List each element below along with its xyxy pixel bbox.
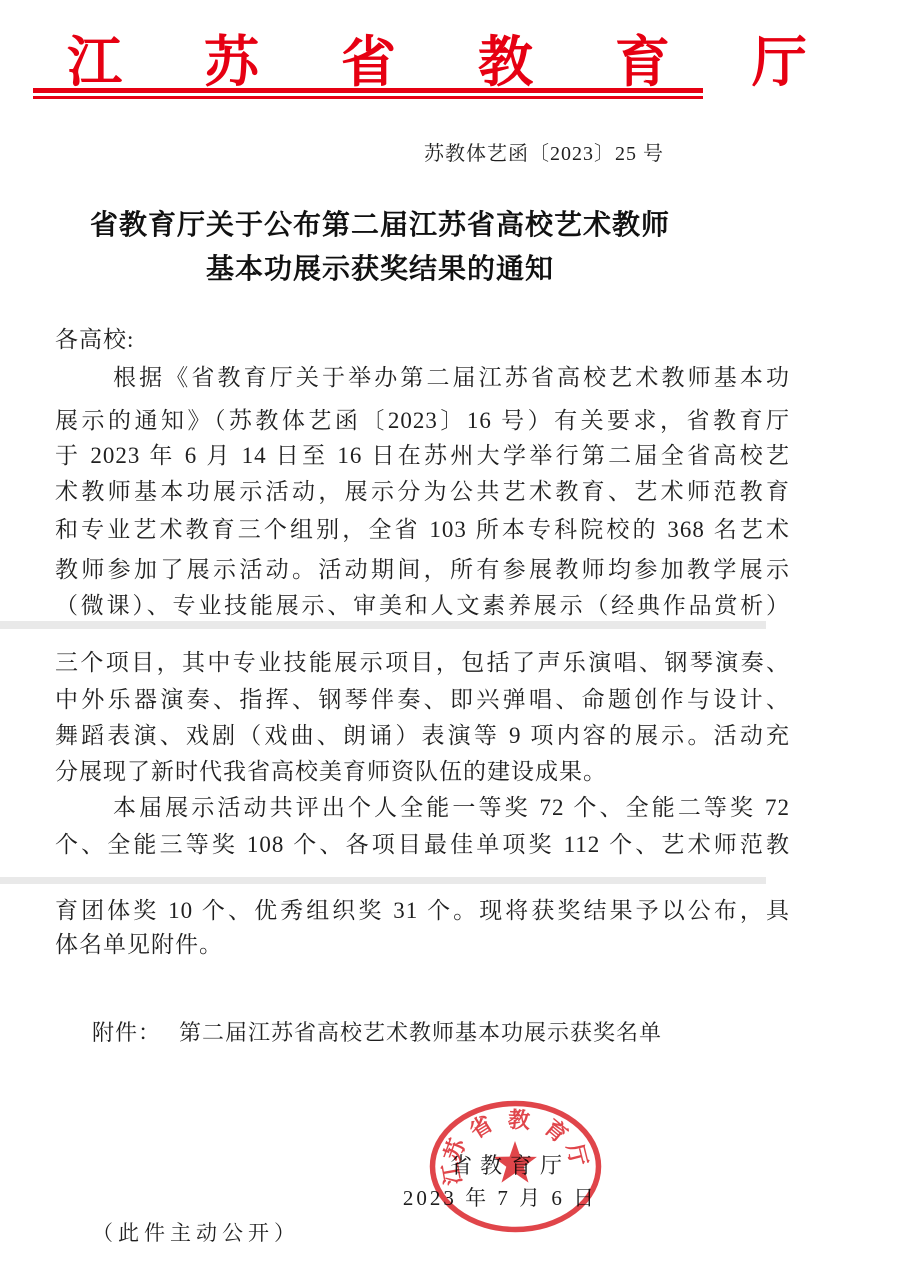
attachment-label: 附件： <box>92 1020 161 1045</box>
body-line: 本届展示活动共评出个人全能一等奖 72 个、全能二等奖 72 <box>55 794 790 822</box>
body-line: 体名单见附件。 <box>55 931 790 959</box>
document-number: 苏教体艺函〔2023〕25 号 <box>424 137 664 166</box>
page-break-band <box>0 621 766 629</box>
seal-char: 教 <box>507 1107 532 1134</box>
letterhead-agency-name: 江 苏 省 教 育 厅 <box>33 18 703 97</box>
attachment-line: 附件：第二届江苏省高校艺术教师基本功展示获奖名单 <box>92 1016 662 1047</box>
seal-char: 苏 <box>439 1134 470 1164</box>
disclosure-note: （此件主动公开） <box>92 1217 300 1247</box>
body-line: 教师参加了展示活动。活动期间，所有参展教师均参加教学展示 <box>55 556 790 584</box>
seal-char: 厅 <box>562 1141 592 1168</box>
document-page: 江 苏 省 教 育 厅 苏教体艺函〔2023〕25 号 省教育厅关于公布第二届江… <box>0 0 901 1262</box>
body-line: 和专业艺术教育三个组别，全省 103 所本专科院校的 368 名艺术 <box>55 516 790 544</box>
seal-star-icon <box>493 1141 537 1183</box>
body-line: 个、全能三等奖 108 个、各项目最佳单项奖 112 个、艺术师范教 <box>55 831 790 859</box>
salutation: 各高校: <box>55 326 790 354</box>
body-line: 根据《省教育厅关于举办第二届江苏省高校艺术教师基本功 <box>55 364 790 392</box>
body-line: 于 2023 年 6 月 14 日至 16 日在苏州大学举行第二届全省高校艺 <box>55 442 790 470</box>
page-break-band <box>0 877 766 884</box>
body-line: 分展现了新时代我省高校美育师资队伍的建设成果。 <box>55 758 790 786</box>
attachment-text: 第二届江苏省高校艺术教师基本功展示获奖名单 <box>179 1020 662 1045</box>
document-title-line2: 基本功展示获奖结果的通知 <box>30 247 730 287</box>
document-title-line1: 省教育厅关于公布第二届江苏省高校艺术教师 <box>30 203 730 243</box>
letterhead-rule-thick <box>33 88 703 93</box>
body-line: 展示的通知》（苏教体艺函〔2023〕16 号）有关要求，省教育厅 <box>55 407 790 435</box>
body-line: 育团体奖 10 个、优秀组织奖 31 个。现将获奖结果予以公布，具 <box>55 897 790 925</box>
body-line: 舞蹈表演、戏剧（戏曲、朗诵）表演等 9 项内容的展示。活动充 <box>55 722 790 750</box>
official-seal-stamp: 江 苏 省 教 育 厅 <box>418 1088 612 1254</box>
letterhead-rule-thin <box>33 96 703 99</box>
body-line: 中外乐器演奏、指挥、钢琴伴奏、即兴弹唱、命题创作与设计、 <box>55 686 790 714</box>
body-line: （微课）、专业技能展示、审美和人文素养展示（经典作品赏析） <box>55 592 790 620</box>
body-line: 三个项目，其中专业技能展示项目，包括了声乐演唱、钢琴演奏、 <box>55 649 790 677</box>
body-line: 术教师基本功展示活动，展示分为公共艺术教育、艺术师范教育 <box>55 478 790 506</box>
